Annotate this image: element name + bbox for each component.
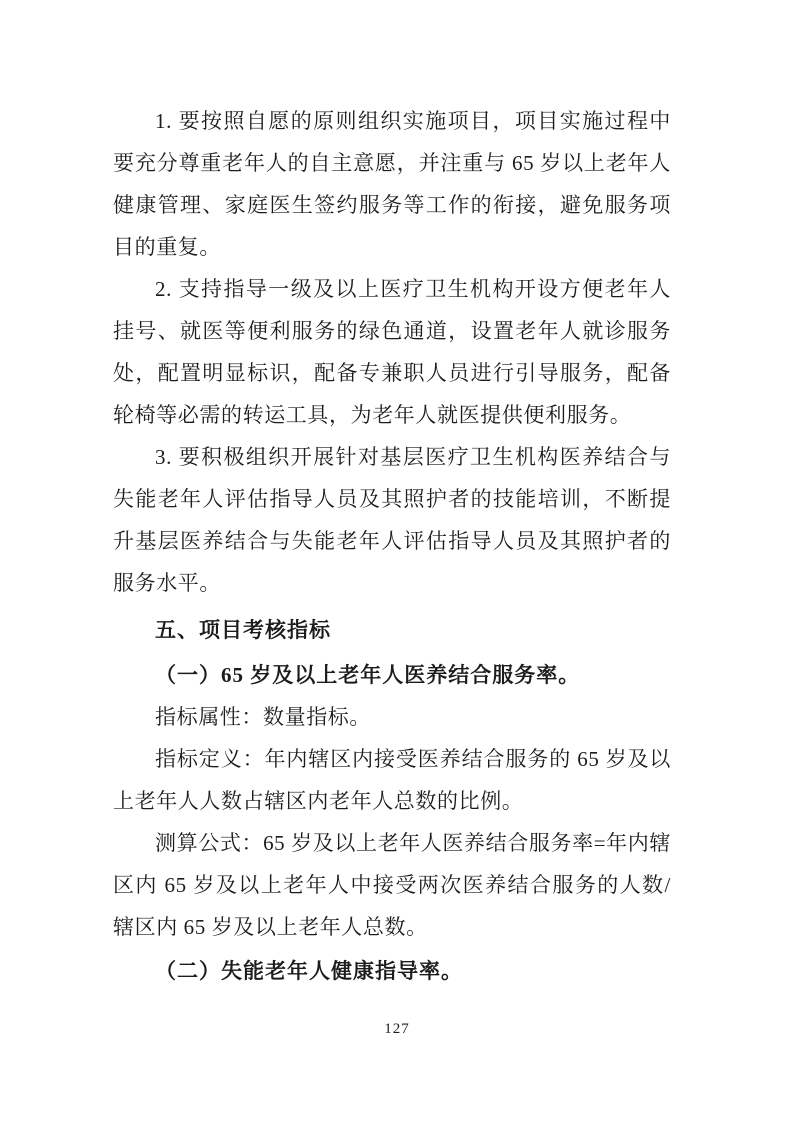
document-body: 1. 要按照自愿的原则组织实施项目，项目实施过程中要充分尊重老年人的自主意愿，并… bbox=[113, 100, 671, 992]
document-page: 1. 要按照自愿的原则组织实施项目，项目实施过程中要充分尊重老年人的自主意愿，并… bbox=[0, 0, 794, 1122]
subsection-heading-1: （一）65 岁及以上老年人医养结合服务率。 bbox=[113, 654, 671, 696]
numbered-paragraph-3: 3. 要积极组织开展针对基层医疗卫生机构医养结合与失能老年人评估指导人员及其照护… bbox=[113, 436, 671, 604]
numbered-paragraph-1: 1. 要按照自愿的原则组织实施项目，项目实施过程中要充分尊重老年人的自主意愿，并… bbox=[113, 100, 671, 268]
numbered-paragraph-2: 2. 支持指导一级及以上医疗卫生机构开设方便老年人挂号、就医等便利服务的绿色通道… bbox=[113, 268, 671, 436]
indicator-definition-paragraph: 指标定义：年内辖区内接受医养结合服务的 65 岁及以上老年人人数占辖区内老年人总… bbox=[113, 738, 671, 822]
calculation-formula-paragraph: 测算公式：65 岁及以上老年人医养结合服务率=年内辖区内 65 岁及以上老年人中… bbox=[113, 822, 671, 948]
indicator-attribute-paragraph: 指标属性：数量指标。 bbox=[113, 696, 671, 738]
page-number: 127 bbox=[384, 1021, 410, 1037]
page-footer: 127 bbox=[0, 1020, 794, 1038]
section-heading-assessment-indicators: 五、项目考核指标 bbox=[113, 610, 671, 652]
subsection-heading-2: （二）失能老年人健康指导率。 bbox=[113, 950, 671, 992]
